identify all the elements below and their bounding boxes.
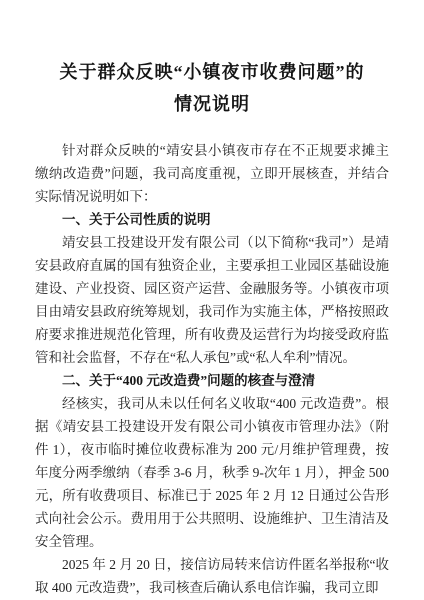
document-title-line-1: 关于群众反映“小镇夜市收费问题”的 — [35, 56, 389, 88]
section-2-heading: 二、关于“400 元改造费”问题的核查与澄清 — [35, 369, 389, 392]
document-title-line-2: 情况说明 — [35, 88, 389, 120]
document-title: 关于群众反映“小镇夜市收费问题”的 情况说明 — [35, 56, 389, 120]
section-1-body: 靖安县工投建设开发有限公司（以下简称“我司”）是靖安县政府直属的国有独资企业，主… — [35, 231, 389, 369]
section-1-heading: 一、关于公司性质的说明 — [35, 208, 389, 231]
intro-paragraph: 针对群众反映的“靖安县小镇夜市存在不正规要求摊主缴纳改造费”问题，我司高度重视，… — [35, 139, 389, 208]
section-2-body-1: 经核实，我司从未以任何名义收取“400 元改造费”。根据《靖安县工投建设开发有限… — [35, 392, 389, 553]
document-page: 关于群众反映“小镇夜市收费问题”的 情况说明 针对群众反映的“靖安县小镇夜市存在… — [0, 0, 424, 600]
section-2-body-2: 2025 年 2 月 20 日，接信访局转来信访件匿名举报称“收取 400 元改… — [35, 553, 389, 599]
